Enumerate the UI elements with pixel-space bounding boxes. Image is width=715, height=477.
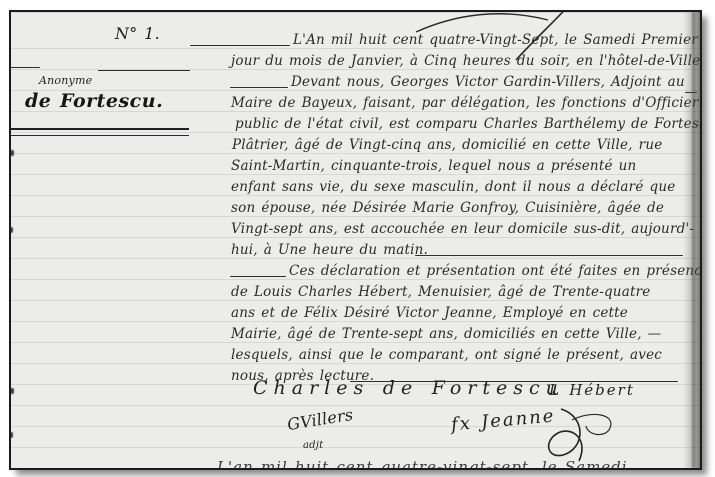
binding-mark (10, 150, 14, 156)
act-line: jour du mois de Janvier, à Cinq heures d… (231, 52, 702, 70)
fill-dash (190, 45, 290, 46)
next-entry-partial-line: L'an mil huit cent quatre-vingt-sept, le… (217, 458, 628, 470)
act-line: lesquels, ainsi que le comparant, ont si… (231, 346, 662, 364)
act-line: Mairie, âgé de Trente-sept ans, domicili… (231, 325, 661, 343)
signature-declarant: Charles de Fortescu (253, 377, 564, 399)
margin-note-name: de Fortescu. (25, 90, 163, 112)
margin-fill-dash (10, 67, 40, 68)
scanned-civil-register-screenshot: N° 1. Anonyme de Fortescu. L'An mil huit… (0, 0, 715, 477)
act-line: Saint-Martin, cinquante-trois, lequel no… (231, 157, 636, 175)
register-page-scan: N° 1. Anonyme de Fortescu. L'An mil huit… (9, 10, 702, 470)
act-line: Vingt-sept ans, est accouchée en leur do… (231, 220, 694, 238)
margin-note-cause: Anonyme (39, 74, 92, 87)
act-line: Maire de Bayeux, faisant, par délégation… (231, 94, 699, 112)
margin-closing-rule (10, 128, 189, 136)
entry-number: N° 1. (115, 24, 160, 43)
signature-witness-hebert: L Hébert (549, 381, 635, 399)
act-line: Plâtrier, âgé de Vingt-cinq ans, domicil… (232, 136, 662, 154)
binding-mark (10, 388, 14, 394)
fill-dash (230, 87, 288, 88)
margin-fill-dash (98, 70, 190, 71)
act-line: Devant nous, Georges Victor Gardin-Ville… (291, 73, 685, 91)
fill-dash (230, 276, 286, 277)
act-line: ans et de Félix Désiré Victor Jeanne, Em… (231, 304, 628, 322)
act-line: L'An mil huit cent quatre-Vingt-Sept, le… (293, 31, 698, 49)
act-line: public de l'état civil, est comparu Char… (235, 115, 702, 133)
binding-mark (9, 432, 13, 438)
act-line: de Louis Charles Hébert, Menuisier, âgé … (231, 283, 650, 301)
signature-officer-title: adjt (303, 440, 323, 451)
act-line: enfant sans vie, du sexe masculin, dont … (231, 178, 675, 196)
fill-dash (415, 255, 683, 256)
act-line: son épouse, née Désirée Marie Gonfroy, C… (231, 199, 664, 217)
act-line: hui, à Une heure du matin. (231, 241, 428, 259)
binding-mark (9, 227, 13, 233)
book-edge-shadow (683, 12, 700, 468)
act-line: Ces déclaration et présentation ont été … (289, 262, 702, 280)
